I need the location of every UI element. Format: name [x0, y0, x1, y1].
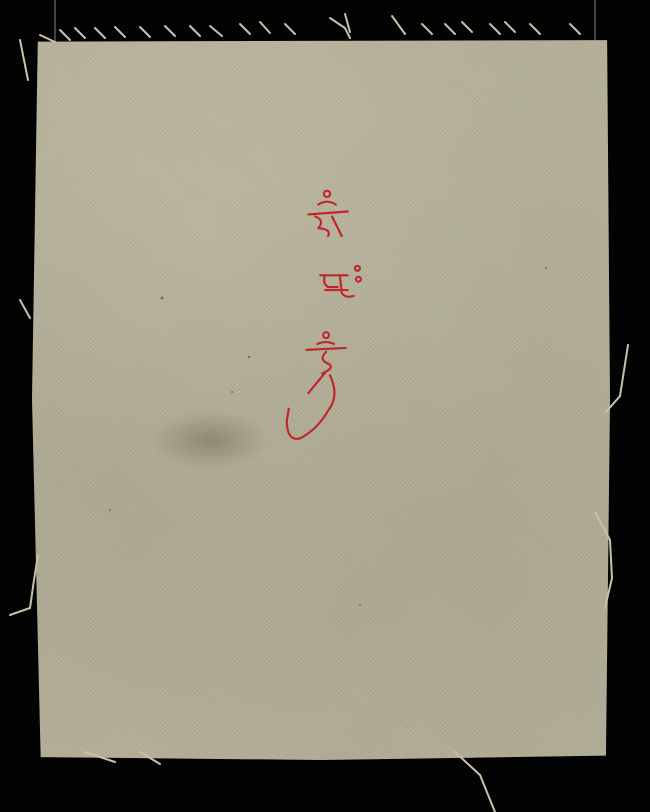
syllable-ah: [320, 266, 361, 297]
syllable-hum: [287, 332, 346, 439]
photo-background: [0, 0, 650, 812]
red-inscription: [270, 185, 390, 450]
syllable-om: [308, 191, 347, 236]
